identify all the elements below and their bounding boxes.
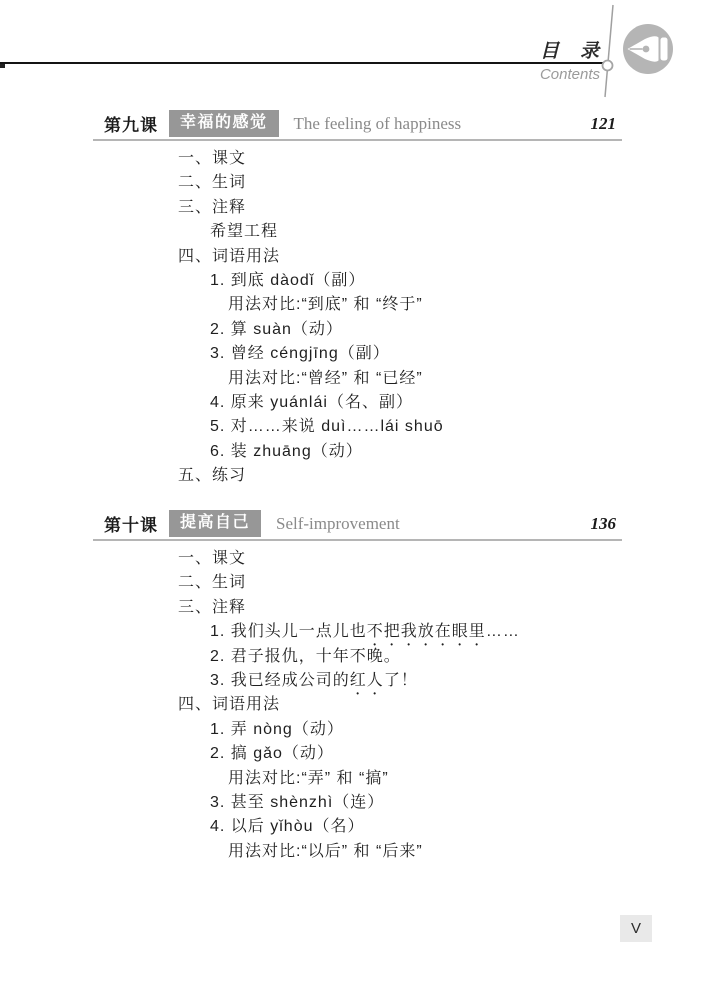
- toc-line: 希望工程: [0, 220, 714, 244]
- emphasized-text: 不把我放在眼里: [367, 623, 486, 640]
- toc-line-text: 3. 甚至 shènzhì（连）: [210, 794, 384, 811]
- toc-line: 5. 对……来说 duì……lái shuō: [0, 415, 714, 439]
- toc-line-text: ……: [486, 623, 520, 640]
- lesson-toc-lines: 一、课文二、生词三、注释希望工程四、词语用法1. 到底 dàodǐ（副）用法对比…: [0, 147, 714, 488]
- ring-icon: [603, 61, 613, 71]
- toc-line: 用法对比:“到底” 和 “终于”: [0, 293, 714, 317]
- toc-line: 一、课文: [0, 147, 714, 171]
- lesson-underline: [93, 139, 622, 141]
- toc-line-text: 2. 搞 gǎo（动）: [210, 745, 334, 762]
- toc-line: 二、生词: [0, 171, 714, 195]
- toc-line: 2. 算 suàn（动）: [0, 318, 714, 342]
- lesson-title-box: 提高自己: [169, 510, 261, 537]
- toc-line-text: 2. 算 suàn（动）: [210, 321, 343, 338]
- toc-line-text: 希望工程: [210, 223, 278, 240]
- toc-line: 一、课文: [0, 547, 714, 571]
- toc-line-text: 用法对比:“以后” 和 “后来”: [228, 843, 423, 860]
- toc-line-text: 5. 对……来说 duì……lái shuō: [210, 418, 444, 435]
- toc-line: 五、练习: [0, 464, 714, 488]
- toc-line-text: 四、词语用法: [178, 696, 280, 713]
- toc-line-text: 4. 以后 yǐhòu（名）: [210, 818, 365, 835]
- toc-line-text: 三、注释: [178, 599, 246, 616]
- toc-line-text: 用法对比:“曾经” 和 “已经”: [228, 370, 423, 387]
- toc-line-text: 3. 我已经成公司的: [210, 672, 350, 689]
- toc-line-text: 1. 到底 dàodǐ（副）: [210, 272, 365, 289]
- toc-line: 3. 甚至 shènzhì（连）: [0, 791, 714, 815]
- toc-line: 二、生词: [0, 571, 714, 595]
- toc-line-text: 2. 君子报仇，十年不晚。: [210, 648, 401, 665]
- toc-line: 三、注释: [0, 596, 714, 620]
- lesson-page-number: 121: [591, 114, 617, 134]
- toc-line-text: 用法对比:“到底” 和 “终于”: [228, 296, 423, 313]
- toc-line: 四、词语用法: [0, 693, 714, 717]
- lesson-number: 第十课: [104, 511, 158, 536]
- toc-line-text: 6. 装 zhuāng（动）: [210, 443, 363, 460]
- toc-line: 4. 以后 yǐhòu（名）: [0, 815, 714, 839]
- toc-line-text: 四、词语用法: [178, 248, 280, 265]
- toc-line-text: 一、课文: [178, 150, 246, 167]
- lesson-header: 第九课 幸福的感觉 The feeling of happiness 121: [104, 110, 616, 137]
- toc-line: 用法对比:“以后” 和 “后来”: [0, 840, 714, 864]
- diagonal-line: [605, 5, 613, 97]
- toc-line: 2. 搞 gǎo（动）: [0, 742, 714, 766]
- toc-line: 3. 我已经成公司的红人了！: [0, 669, 714, 693]
- header-ornament: [0, 0, 714, 120]
- toc-line-text: 了！: [384, 672, 418, 689]
- toc-line-text: 用法对比:“弄” 和 “搞”: [228, 770, 389, 787]
- toc-line: 1. 弄 nòng（动）: [0, 718, 714, 742]
- toc-line: 4. 原来 yuánlái（名、副）: [0, 391, 714, 415]
- lesson-toc-lines: 一、课文二、生词三、注释1. 我们头儿一点儿也不把我放在眼里……2. 君子报仇，…: [0, 547, 714, 864]
- lesson-page-number: 136: [591, 514, 617, 534]
- toc-line: 2. 君子报仇，十年不晚。: [0, 645, 714, 669]
- lesson-header: 第十课 提高自己 Self-improvement 136: [104, 510, 616, 537]
- toc-line: 用法对比:“曾经” 和 “已经”: [0, 367, 714, 391]
- lesson-number: 第九课: [104, 111, 158, 136]
- toc-line-text: 二、生词: [178, 174, 246, 191]
- lesson-title-english: Self-improvement: [276, 514, 400, 534]
- toc-line-text: 1. 弄 nòng（动）: [210, 721, 344, 738]
- pen-nib-icon: [623, 24, 673, 74]
- lesson-title-english: The feeling of happiness: [294, 114, 462, 134]
- toc-line-text: 1. 我们头儿一点儿也: [210, 623, 367, 640]
- toc-line: 三、注释: [0, 196, 714, 220]
- toc-line-text: 4. 原来 yuánlái（名、副）: [210, 394, 413, 411]
- toc-line-text: 一、课文: [178, 550, 246, 567]
- lesson-title-box: 幸福的感觉: [169, 110, 279, 137]
- page-number-marker: V: [620, 915, 652, 942]
- toc-line: 3. 曾经 céngjīng（副）: [0, 342, 714, 366]
- toc-line-text: 五、练习: [178, 467, 246, 484]
- toc-line-text: 3. 曾经 céngjīng（副）: [210, 345, 390, 362]
- toc-line: 1. 我们头儿一点儿也不把我放在眼里……: [0, 620, 714, 644]
- toc-page: 目 录 Contents 第九课 幸福的感觉 The feeling of ha…: [0, 0, 714, 1000]
- emphasized-text: 红人: [350, 672, 384, 689]
- toc-line: 四、词语用法: [0, 245, 714, 269]
- toc-line: 6. 装 zhuāng（动）: [0, 440, 714, 464]
- toc-line: 1. 到底 dàodǐ（副）: [0, 269, 714, 293]
- toc-line: 用法对比:“弄” 和 “搞”: [0, 767, 714, 791]
- toc-line-text: 二、生词: [178, 574, 246, 591]
- lesson-underline: [93, 539, 622, 541]
- toc-line-text: 三、注释: [178, 199, 246, 216]
